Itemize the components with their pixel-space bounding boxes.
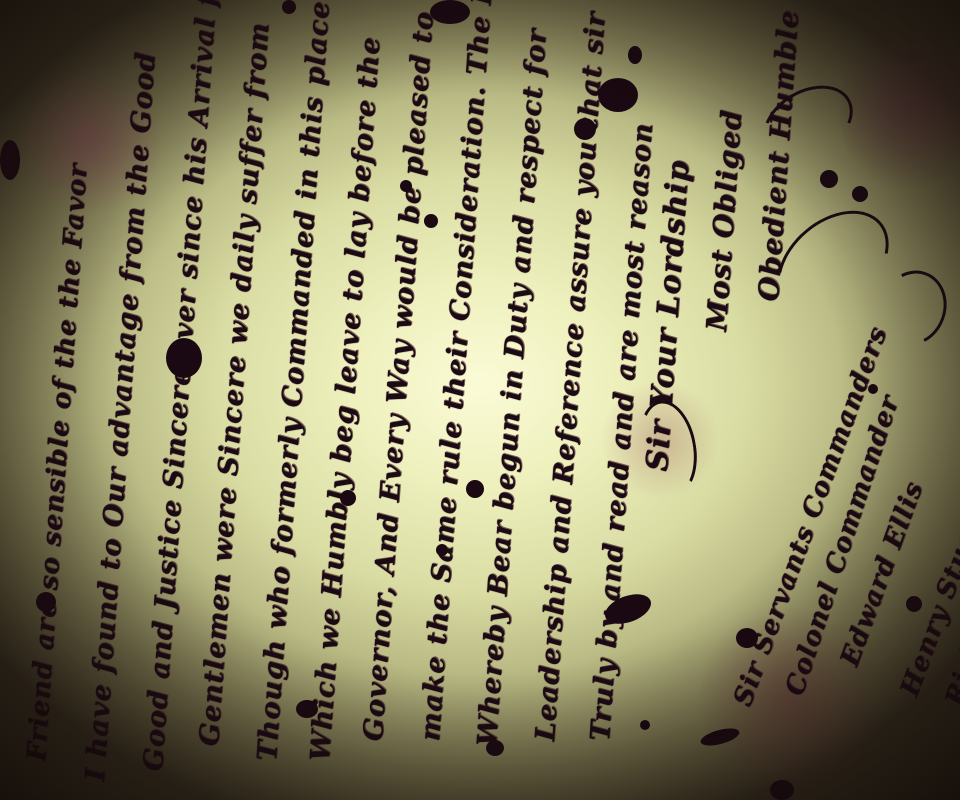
ink-splatter	[166, 338, 202, 378]
ink-splatter	[400, 180, 412, 192]
ink-splatter	[628, 46, 642, 64]
ink-splatter	[574, 118, 596, 140]
signature-closing: Most Obliged	[700, 108, 748, 332]
ink-splatter	[466, 480, 484, 498]
ink-splatter	[486, 740, 504, 756]
ink-splatter	[424, 214, 438, 228]
ink-splatter	[282, 0, 296, 14]
ink-splatter	[36, 592, 56, 612]
ink-splatter	[868, 384, 878, 394]
ink-splatter	[436, 544, 448, 556]
ink-splatter	[906, 596, 922, 612]
manuscript-line: Friend are so sensible of the the Favor	[22, 162, 94, 762]
ink-splatter	[598, 78, 638, 112]
ink-splatter	[640, 720, 650, 730]
ink-splatter	[340, 490, 356, 506]
ink-splatter	[852, 186, 868, 202]
ink-splatter	[430, 0, 470, 24]
ink-splatter	[770, 780, 794, 800]
ink-splatter	[736, 628, 758, 648]
ink-splatter	[0, 140, 20, 180]
ink-splatter	[296, 700, 318, 718]
ink-splatter	[820, 170, 838, 188]
